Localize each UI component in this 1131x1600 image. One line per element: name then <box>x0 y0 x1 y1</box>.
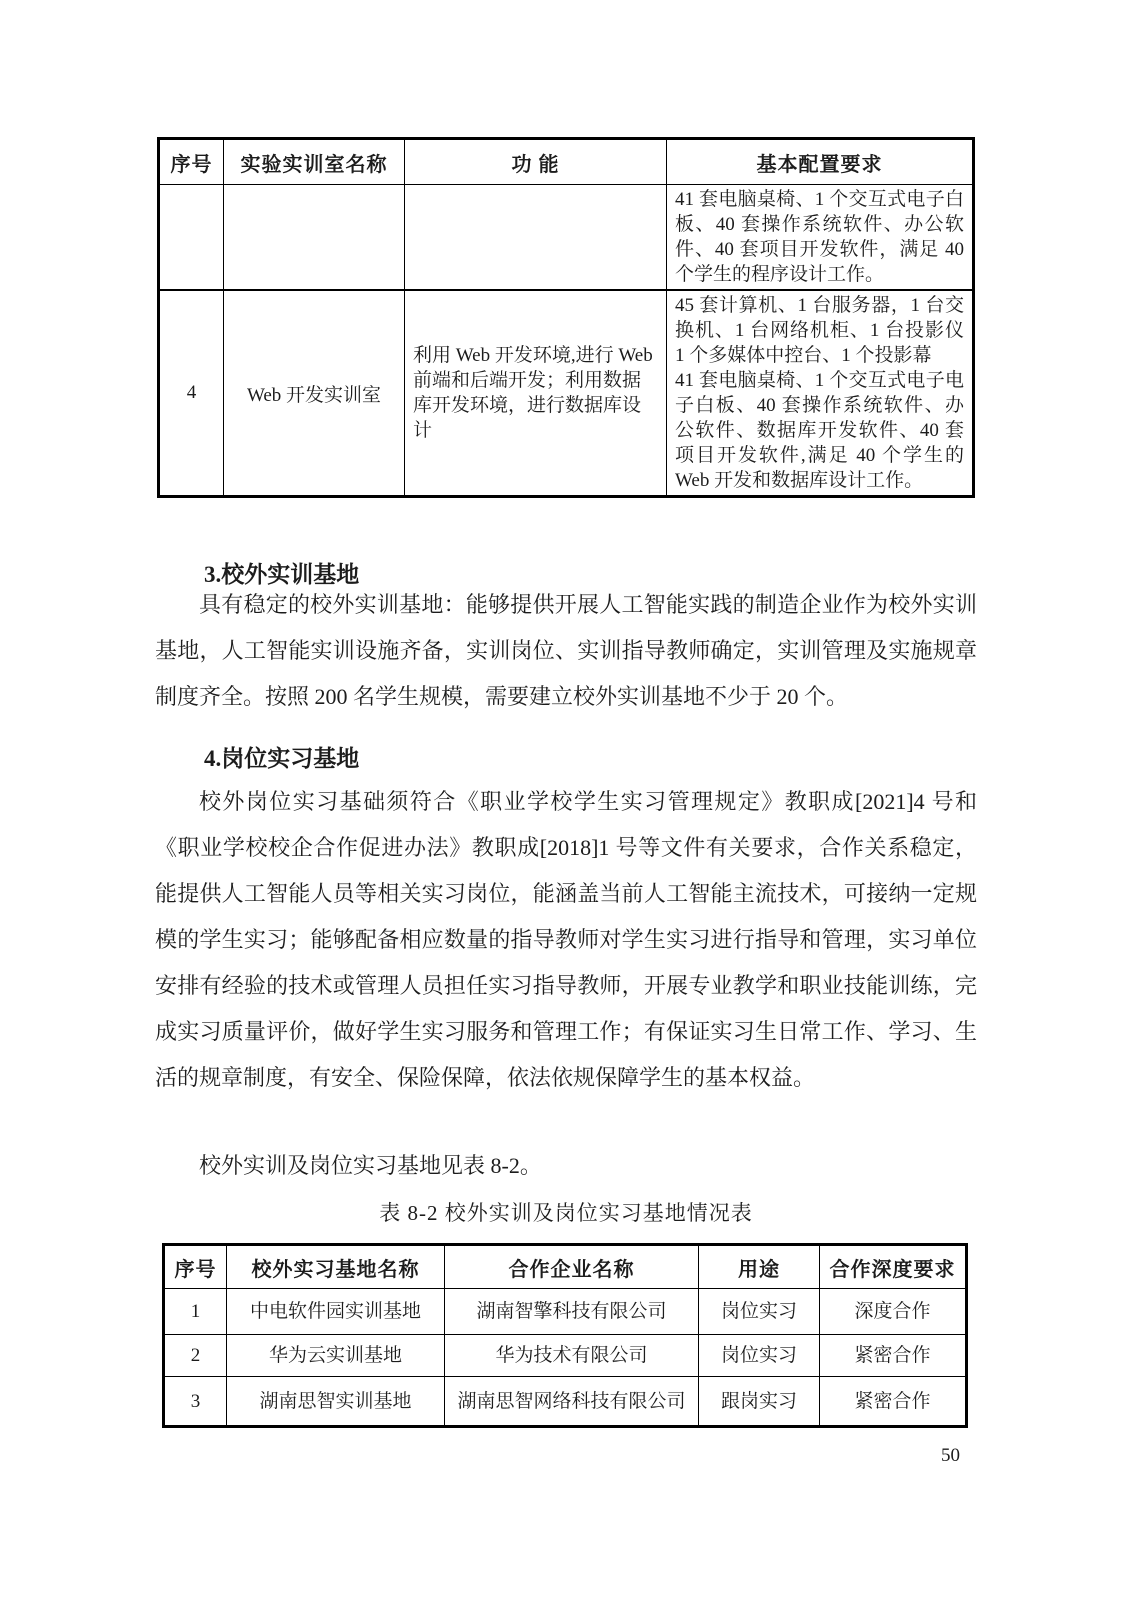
lab-config-table: 序号 实验实训室名称 功 能 基本配置要求 41 套电脑桌椅、1 个交互式电子白… <box>157 137 975 498</box>
lab-row-no: 4 <box>159 290 224 497</box>
base-col-use: 用途 <box>699 1245 820 1289</box>
base-use: 岗位实习 <box>699 1289 820 1335</box>
table-row: 2 华为云实训基地 华为技术有限公司 岗位实习 紧密合作 <box>164 1335 967 1377</box>
lab-row-no <box>159 185 224 291</box>
lab-col-name: 实验实训室名称 <box>224 139 405 185</box>
base-no: 2 <box>164 1335 227 1377</box>
base-name: 湖南思智实训基地 <box>227 1377 445 1427</box>
lab-row-function: 利用 Web 开发环境,进行 Web 前端和后端开发；利用数据库开发环境，进行数… <box>405 290 667 497</box>
table-row: 4 Web 开发实训室 利用 Web 开发环境,进行 Web 前端和后端开发；利… <box>159 290 974 497</box>
table-row: 41 套电脑桌椅、1 个交互式电子白板、40 套操作系统软件、办公软件、40 套… <box>159 185 974 291</box>
section3-paragraph: 具有稳定的校外实训基地：能够提供开展人工智能实践的制造企业作为校外实训基地，人工… <box>155 582 977 720</box>
base-depth: 紧密合作 <box>820 1335 967 1377</box>
base-no: 3 <box>164 1377 227 1427</box>
lab-table-header-row: 序号 实验实训室名称 功 能 基本配置要求 <box>159 139 974 185</box>
base-company: 湖南智擎科技有限公司 <box>445 1289 699 1335</box>
lab-row-function <box>405 185 667 291</box>
lab-col-no: 序号 <box>159 139 224 185</box>
off-campus-base-table: 序号 校外实习基地名称 合作企业名称 用途 合作深度要求 1 中电软件园实训基地… <box>162 1243 968 1428</box>
page-number: 50 <box>941 1445 960 1467</box>
lab-row-name: Web 开发实训室 <box>224 290 405 497</box>
table-row: 3 湖南思智实训基地 湖南思智网络科技有限公司 跟岗实习 紧密合作 <box>164 1377 967 1427</box>
base-col-depth: 合作深度要求 <box>820 1245 967 1289</box>
table2-caption: 表 8-2 校外实训及岗位实习基地情况表 <box>155 1196 977 1230</box>
base-col-name: 校外实习基地名称 <box>227 1245 445 1289</box>
base-use: 跟岗实习 <box>699 1377 820 1427</box>
section-heading-4: 4.岗位实习基地 <box>204 744 359 773</box>
document-page: 序号 实验实训室名称 功 能 基本配置要求 41 套电脑桌椅、1 个交互式电子白… <box>0 0 1131 1600</box>
lab-col-function: 功 能 <box>405 139 667 185</box>
lab-col-config: 基本配置要求 <box>667 139 974 185</box>
base-col-no: 序号 <box>164 1245 227 1289</box>
section4-paragraph: 校外岗位实习基础须符合《职业学校学生实习管理规定》教职成[2021]4 号和《职… <box>155 779 977 1101</box>
base-company: 华为技术有限公司 <box>445 1335 699 1377</box>
base-use: 岗位实习 <box>699 1335 820 1377</box>
base-table-header-row: 序号 校外实习基地名称 合作企业名称 用途 合作深度要求 <box>164 1245 967 1289</box>
table-row: 1 中电软件园实训基地 湖南智擎科技有限公司 岗位实习 深度合作 <box>164 1289 967 1335</box>
lab-row-config: 41 套电脑桌椅、1 个交互式电子白板、40 套操作系统软件、办公软件、40 套… <box>667 185 974 291</box>
lab-row-name <box>224 185 405 291</box>
base-depth: 深度合作 <box>820 1289 967 1335</box>
lab-row-config: 45 套计算机、1 台服务器，1 台交换机、1 台网络机柜、1 台投影仪 1 个… <box>667 290 974 497</box>
base-no: 1 <box>164 1289 227 1335</box>
base-name: 华为云实训基地 <box>227 1335 445 1377</box>
base-col-company: 合作企业名称 <box>445 1245 699 1289</box>
base-company: 湖南思智网络科技有限公司 <box>445 1377 699 1427</box>
table-lead-in: 校外实训及岗位实习基地见表 8-2。 <box>155 1143 977 1189</box>
base-depth: 紧密合作 <box>820 1377 967 1427</box>
base-name: 中电软件园实训基地 <box>227 1289 445 1335</box>
